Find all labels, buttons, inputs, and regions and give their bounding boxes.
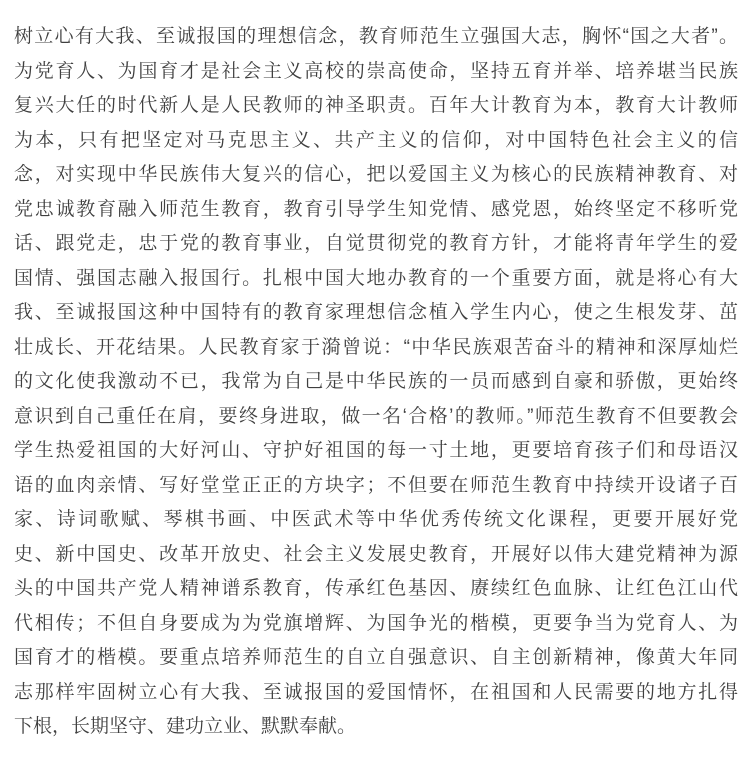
text-line: 史、新中国史、改革开放史、社会主义发展史教育，开展好以伟大建党精神为源 [14, 538, 738, 573]
text-line: 为党育人、为国育才是社会主义高校的崇高使命，坚持五育并举、培养堪当民族 [14, 55, 738, 90]
text-line: 话、跟党走，忠于党的教育事业，自觉贯彻党的教育方针，才能将青年学生的爱 [14, 227, 738, 262]
text-line: 的文化使我激动不已，我常为自己是中华民族的一员而感到自豪和骄傲，更始终 [14, 365, 738, 400]
text-line: 志那样牢固树立心有大我、至诚报国的爱国情怀，在祖国和人民需要的地方扎得 [14, 676, 738, 711]
text-line: 国情、强国志融入报国行。扎根中国大地办教育的一个重要方面，就是将心有大 [14, 262, 738, 297]
text-line: 壮成长、开花结果。人民教育家于漪曾说：“中华民族艰苦奋斗的精神和深厚灿烂 [14, 331, 738, 366]
text-line: 意识到自己重任在肩，要终身进取，做一名‘合格’的教师。”师范生教育不但要教会 [14, 400, 738, 435]
text-line: 念，对实现中华民族伟大复兴的信心，把以爱国主义为核心的民族精神教育、对 [14, 158, 738, 193]
text-line: 家、诗词歌赋、琴棋书画、中医武术等中华优秀传统文化课程，更要开展好党 [14, 503, 738, 538]
text-line: 学生热爱祖国的大好河山、守护好祖国的每一寸土地，更要培育孩子们和母语汉 [14, 434, 738, 469]
body-paragraph: 树立心有大我、至诚报国的理想信念，教育师范生立强国大志，胸怀“国之大者”。 为党… [0, 0, 752, 745]
text-line: 国育才的楷模。要重点培养师范生的自立自强意识、自主创新精神，像黄大年同 [14, 641, 738, 676]
text-line: 树立心有大我、至诚报国的理想信念，教育师范生立强国大志，胸怀“国之大者”。 [14, 20, 738, 55]
text-line: 语的血肉亲情、写好堂堂正正的方块字；不但要在师范生教育中持续开设诸子百 [14, 469, 738, 504]
text-line: 为本，只有把坚定对马克思主义、共产主义的信仰，对中国特色社会主义的信 [14, 124, 738, 159]
text-line: 复兴大任的时代新人是人民教师的神圣职责。百年大计教育为本，教育大计教师 [14, 89, 738, 124]
document-page: 树立心有大我、至诚报国的理想信念，教育师范生立强国大志，胸怀“国之大者”。 为党… [0, 0, 752, 758]
text-line: 下根，长期坚守、建功立业、默默奉献。 [14, 710, 738, 745]
text-line: 我、至诚报国这种中国特有的教育家理想信念植入学生内心，使之生根发芽、茁 [14, 296, 738, 331]
text-line: 党忠诚教育融入师范生教育，教育引导学生知党情、感党恩，始终坚定不移听党 [14, 193, 738, 228]
text-line: 代相传；不但自身要成为为党旗增辉、为国争光的楷模，更要争当为党育人、为 [14, 607, 738, 642]
text-line: 头的中国共产党人精神谱系教育，传承红色基因、赓续红色血脉、让红色江山代 [14, 572, 738, 607]
